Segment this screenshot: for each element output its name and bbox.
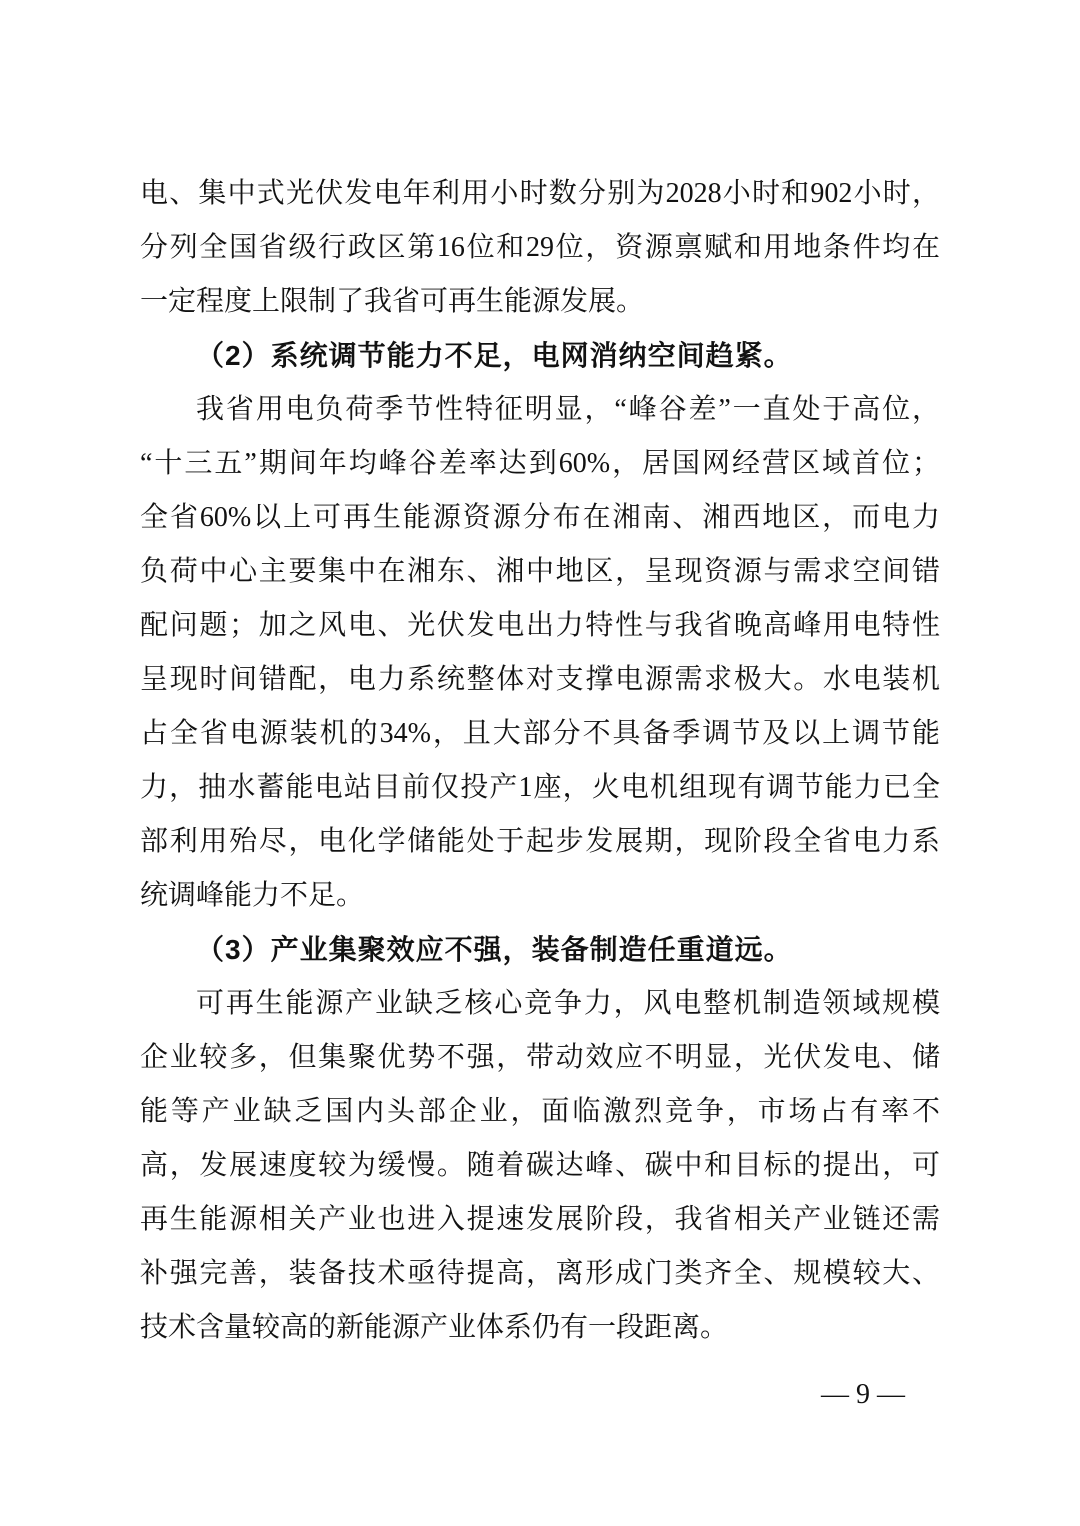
section-heading: （3）产业集聚效应不强，装备制造任重道远。 [140,923,940,977]
text-line: 配问题；加之风电、光伏发电出力特性与我省晚高峰用电特性 [140,599,940,653]
text-line: 我省用电负荷季节性特征明显，“峰谷差”一直处于高位， [140,383,940,437]
text-line: 力，抽水蓄能电站目前仅投产1座，火电机组现有调节能力已全 [140,761,940,815]
text-line: 再生能源相关产业也进入提速发展阶段，我省相关产业链还需 [140,1193,940,1247]
document-page: 电、集中式光伏发电年利用小时数分别为2028小时和902小时， 分列全国省级行政… [0,0,1080,1526]
section-3: （3）产业集聚效应不强，装备制造任重道远。 可再生能源产业缺乏核心竞争力，风电整… [140,923,940,1355]
text-line: 负荷中心主要集中在湘东、湘中地区，呈现资源与需求空间错 [140,545,940,599]
text-line: 呈现时间错配，电力系统整体对支撑电源需求极大。水电装机 [140,653,940,707]
text-line: 高，发展速度较为缓慢。随着碳达峰、碳中和目标的提出，可 [140,1139,940,1193]
page-number: — 9 — [821,1379,905,1410]
text-line: 能等产业缺乏国内头部企业，面临激烈竞争，市场占有率不 [140,1085,940,1139]
text-line: “十三五”期间年均峰谷差率达到60%，居国网经营区域首位； [140,437,940,491]
text-line: 全省60%以上可再生能源资源分布在湘南、湘西地区，而电力 [140,491,940,545]
text-line: 补强完善，装备技术亟待提高，离形成门类齐全、规模较大、 [140,1247,940,1301]
page-footer: — 9 — [140,1368,940,1422]
section-heading: （2）系统调节能力不足，电网消纳空间趋紧。 [140,329,940,383]
text-line: 占全省电源装机的34%，且大部分不具备季调节及以上调节能 [140,707,940,761]
text-line: 电、集中式光伏发电年利用小时数分别为2028小时和902小时， [140,167,940,221]
text-line: 部利用殆尽，电化学储能处于起步发展期，现阶段全省电力系 [140,815,940,869]
text-line: 企业较多，但集聚优势不强，带动效应不明显，光伏发电、储 [140,1031,940,1085]
document-body: 电、集中式光伏发电年利用小时数分别为2028小时和902小时， 分列全国省级行政… [140,167,940,1355]
paragraph-continuation: 电、集中式光伏发电年利用小时数分别为2028小时和902小时， 分列全国省级行政… [140,167,940,329]
text-line: 分列全国省级行政区第16位和29位，资源禀赋和用地条件均在 [140,221,940,275]
text-line: 技术含量较高的新能源产业体系仍有一段距离。 [140,1301,940,1355]
text-line: 一定程度上限制了我省可再生能源发展。 [140,275,940,329]
text-line: 统调峰能力不足。 [140,869,940,923]
text-line: 可再生能源产业缺乏核心竞争力，风电整机制造领域规模 [140,977,940,1031]
section-2: （2）系统调节能力不足，电网消纳空间趋紧。 我省用电负荷季节性特征明显，“峰谷差… [140,329,940,923]
